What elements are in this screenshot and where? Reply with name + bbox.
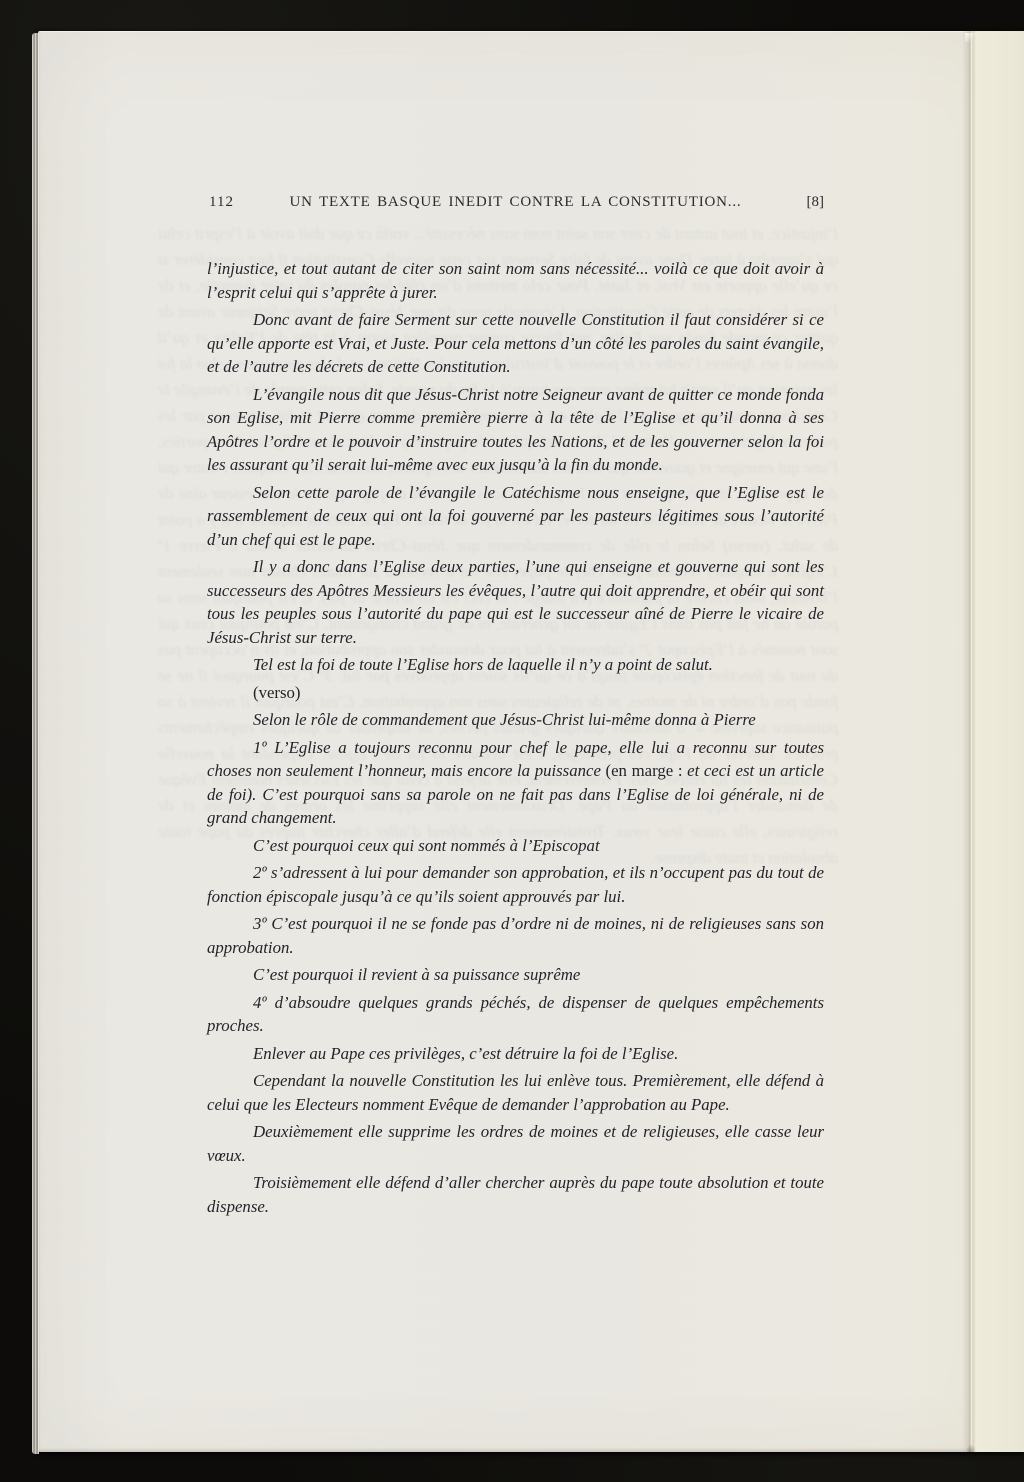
text-segment: Troisièmement elle défend d’aller cherch… bbox=[207, 1173, 824, 1216]
text-segment: (verso) bbox=[253, 683, 301, 702]
fore-edge-strip bbox=[972, 31, 1024, 1452]
text-segment: 3º C’est pourquoi il ne se fonde pas d’o… bbox=[207, 914, 824, 957]
paragraph: Enlever au Pape ces privilèges, c’est dé… bbox=[207, 1042, 824, 1066]
paragraph: l’injustice, et tout autant de citer son… bbox=[207, 257, 824, 304]
paragraph: 1º L’Eglise a toujours reconnu pour chef… bbox=[207, 736, 824, 830]
paragraph: (verso) bbox=[207, 681, 824, 705]
paragraph: Selon le rôle de commandement que Jésus-… bbox=[207, 708, 824, 732]
text-segment: Selon cette parole de l’évangile le Caté… bbox=[207, 483, 824, 549]
paragraph: L’évangile nous dit que Jésus-Christ not… bbox=[207, 383, 824, 477]
paragraph: Cependant la nouvelle Constitution les l… bbox=[207, 1069, 824, 1116]
text-segment: Tel est la foi de toute l’Eglise hors de… bbox=[253, 655, 713, 674]
paragraph: 4º d’absoudre quelques grands péchés, de… bbox=[207, 991, 824, 1038]
book-page: l’injustice, et tout autant de citer son… bbox=[38, 31, 1024, 1452]
paragraph: Il y a donc dans l’Eglise deux parties, … bbox=[207, 555, 824, 649]
paragraph: C’est pourquoi il revient à sa puissance… bbox=[207, 963, 824, 987]
page-body: l’injustice, et tout autant de citer son… bbox=[207, 257, 824, 1218]
text-segment: l’injustice, et tout autant de citer son… bbox=[207, 259, 824, 302]
paragraph: C’est pourquoi ceux qui sont nommés à l’… bbox=[207, 834, 824, 858]
paragraph: 2º s’adressent à lui pour demander son a… bbox=[207, 861, 824, 908]
paragraph: Selon cette parole de l’évangile le Caté… bbox=[207, 481, 824, 552]
text-segment: 4º d’absoudre quelques grands péchés, de… bbox=[207, 993, 824, 1036]
page-fold-crease bbox=[962, 31, 976, 1452]
text-segment: Selon le rôle de commandement que Jésus-… bbox=[253, 710, 756, 729]
paragraph: 3º C’est pourquoi il ne se fonde pas d’o… bbox=[207, 912, 824, 959]
paragraph: Tel est la foi de toute l’Eglise hors de… bbox=[207, 653, 824, 677]
text-segment: Il y a donc dans l’Eglise deux parties, … bbox=[207, 557, 824, 647]
running-header: 112 UN TEXTE BASQUE INEDIT CONTRE LA CON… bbox=[207, 194, 824, 213]
text-segment: Enlever au Pape ces privilèges, c’est dé… bbox=[253, 1044, 678, 1063]
page-number: 112 bbox=[209, 194, 234, 211]
text-segment: L’évangile nous dit que Jésus-Christ not… bbox=[207, 385, 824, 475]
running-title: UN TEXTE BASQUE INEDIT CONTRE LA CONSTIT… bbox=[290, 194, 742, 211]
text-segment: Cependant la nouvelle Constitution les l… bbox=[207, 1071, 824, 1114]
text-block: 112 UN TEXTE BASQUE INEDIT CONTRE LA CON… bbox=[207, 194, 824, 1222]
text-segment: (en marge : bbox=[606, 761, 688, 780]
text-segment: Donc avant de faire Serment sur cette no… bbox=[207, 310, 824, 376]
paragraph: Donc avant de faire Serment sur cette no… bbox=[207, 308, 824, 379]
page-stack-left-edge bbox=[32, 33, 39, 1454]
text-segment: 2º s’adressent à lui pour demander son a… bbox=[207, 863, 824, 906]
text-segment: C’est pourquoi il revient à sa puissance… bbox=[253, 965, 580, 984]
paragraph: Troisièmement elle défend d’aller cherch… bbox=[207, 1171, 824, 1218]
text-segment: Deuxièmement elle supprime les ordres de… bbox=[207, 1122, 824, 1165]
text-segment: C’est pourquoi ceux qui sont nommés à l’… bbox=[253, 836, 600, 855]
issue-marker: [8] bbox=[807, 194, 825, 211]
paragraph: Deuxièmement elle supprime les ordres de… bbox=[207, 1120, 824, 1167]
